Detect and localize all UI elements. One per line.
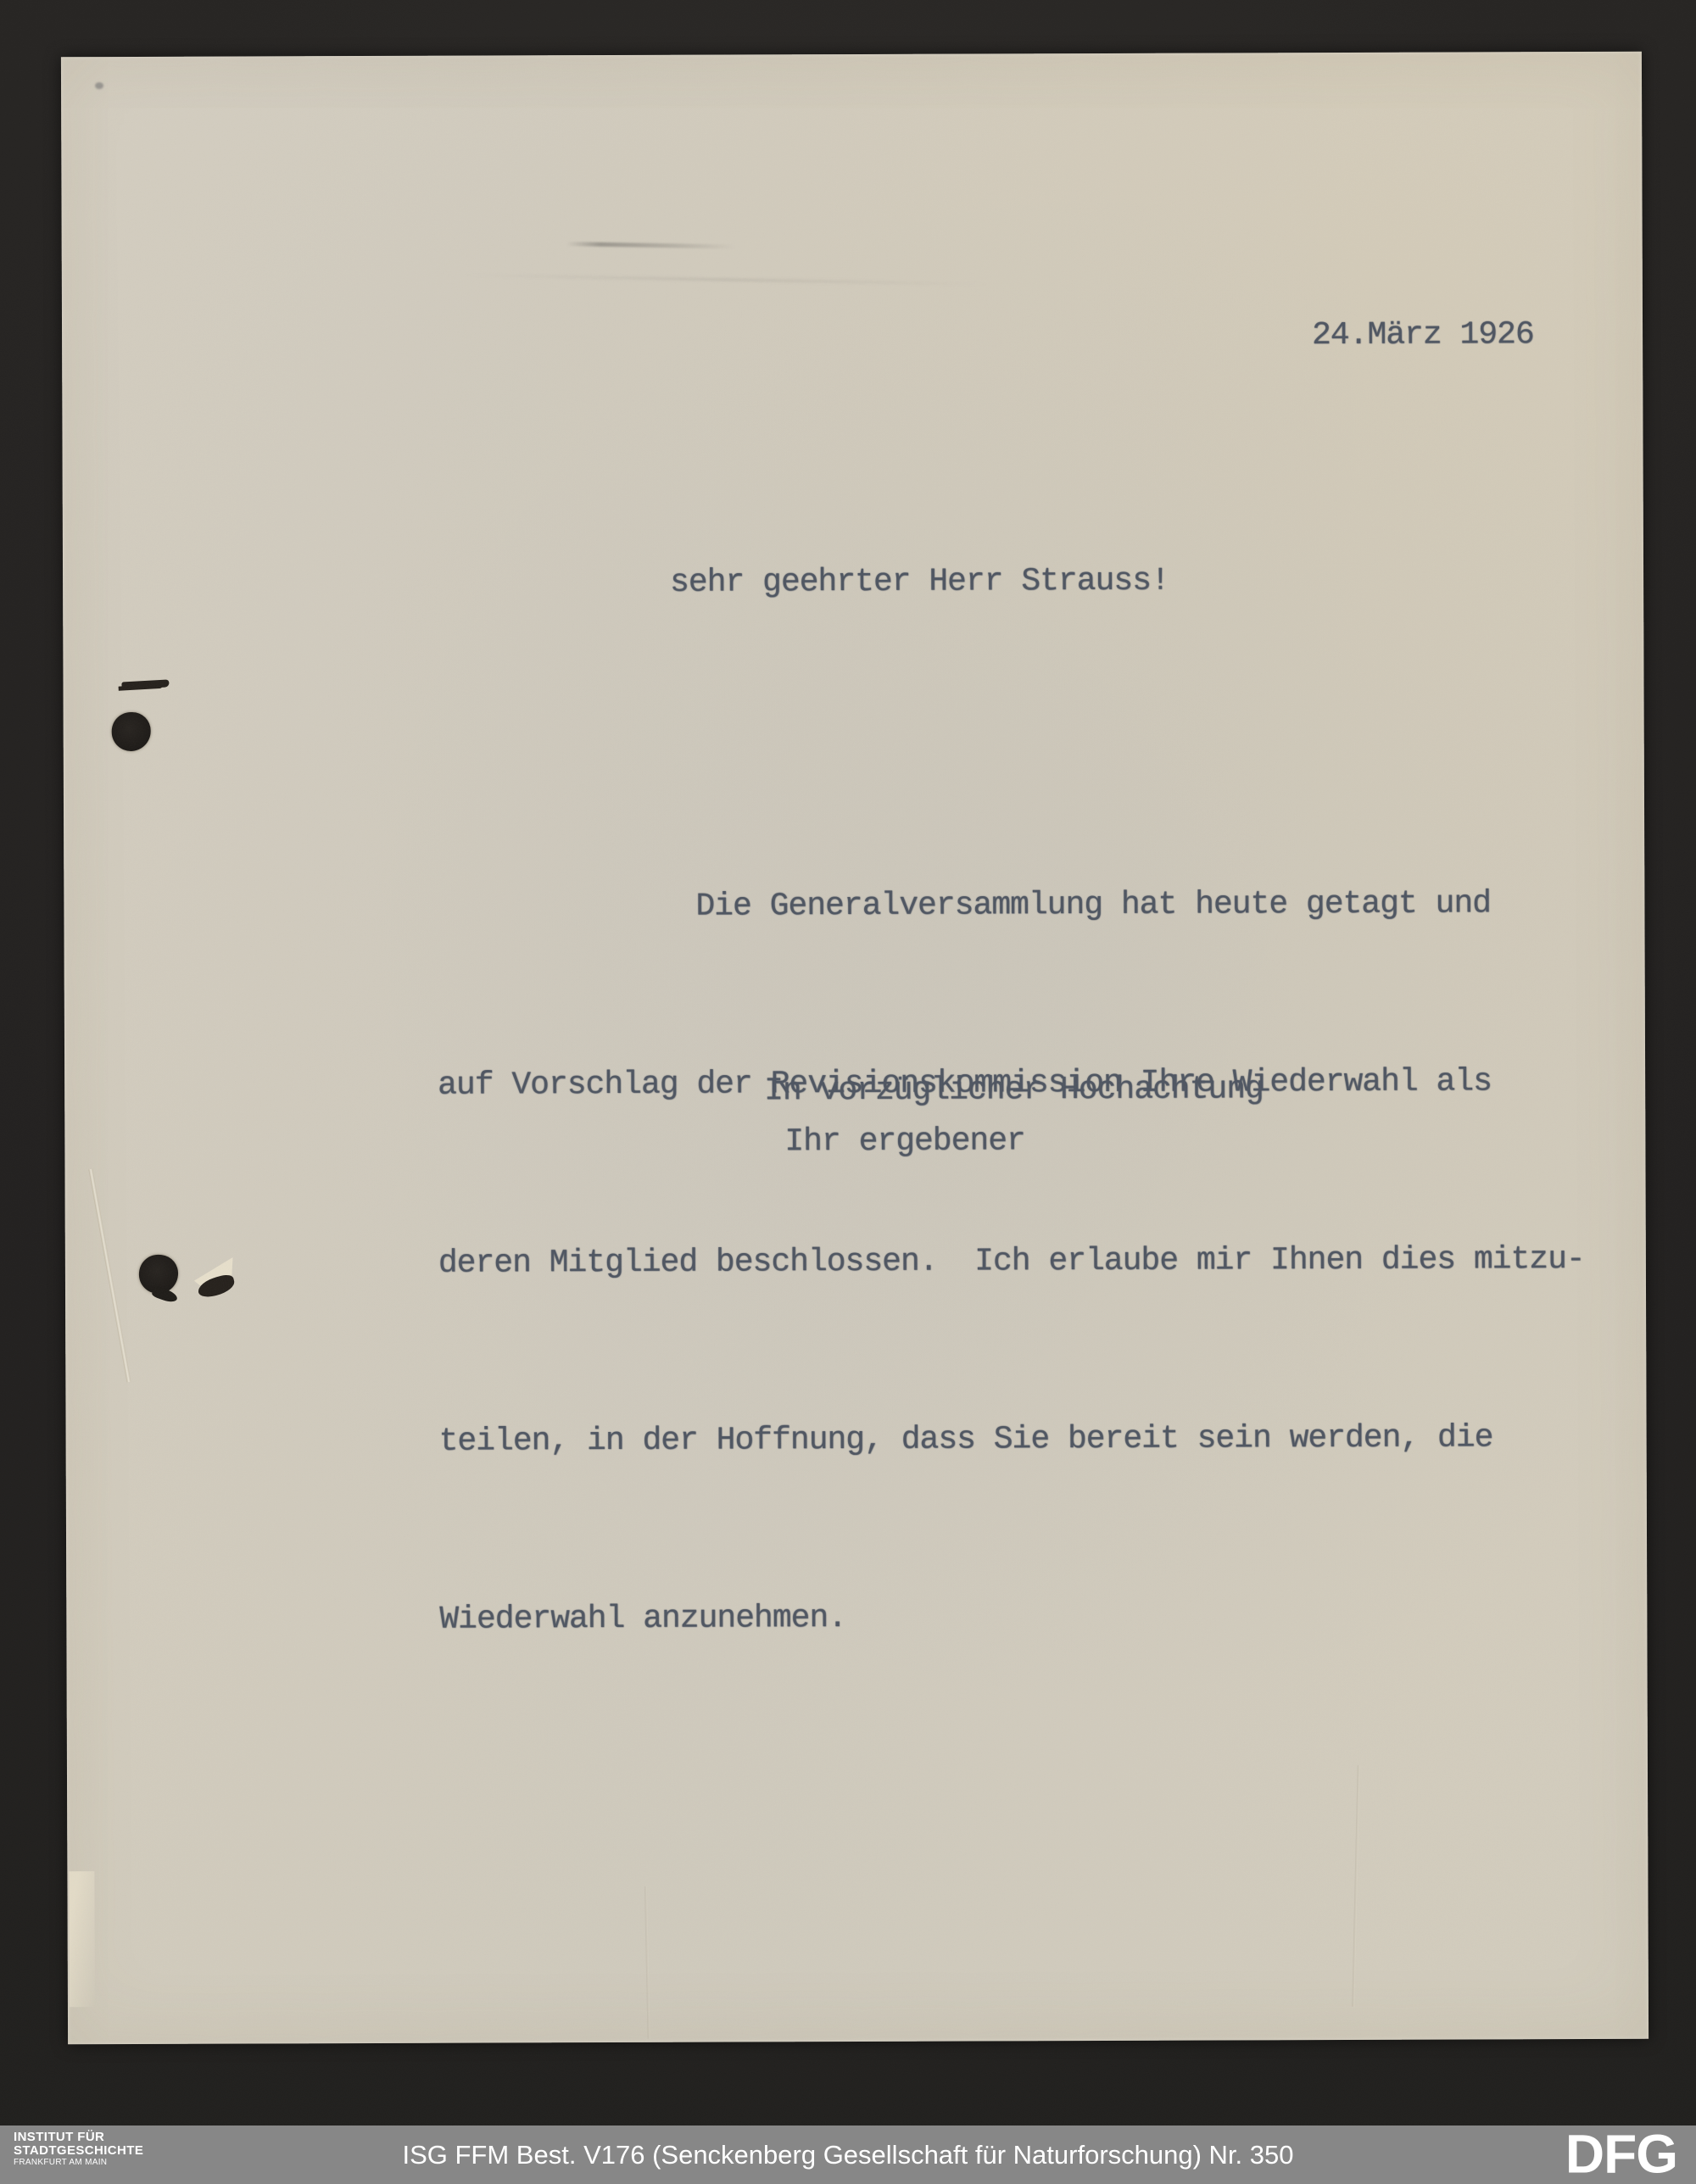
paper-edge-fold bbox=[69, 1871, 95, 2007]
body-line: teilen, in der Hoffnung, dass Sie bereit… bbox=[438, 1408, 1585, 1472]
pencil-smudge bbox=[566, 242, 736, 248]
institute-logo-line2: STADTGESCHICHTE bbox=[14, 2144, 143, 2158]
paper-tear-top bbox=[121, 679, 169, 689]
institute-logo-line1: INSTITUT FÜR bbox=[14, 2131, 143, 2144]
hole-punch-top bbox=[112, 712, 151, 751]
body-line: deren Mitglied beschlossen. Ich erlaube … bbox=[438, 1230, 1585, 1294]
hole-punch-bottom bbox=[137, 1253, 180, 1295]
paper-crease-vertical-right bbox=[1352, 1765, 1359, 2007]
letter-body-paragraph: Die Generalversammlung hat heute getagt … bbox=[437, 755, 1587, 1769]
archive-footer-bar: INSTITUT FÜR STADTGESCHICHTE FRANKFURT A… bbox=[0, 2125, 1696, 2184]
body-line: Die Generalversammlung hat heute getagt … bbox=[437, 874, 1583, 938]
letter-closing-formula: In vorzüglicher Hochachtung bbox=[764, 1070, 1264, 1111]
archive-reference-caption: ISG FFM Best. V176 (Senckenberg Gesellsc… bbox=[402, 2140, 1293, 2170]
institute-logo-line3: FRANKFURT AM MAIN bbox=[14, 2159, 143, 2168]
institute-logo: INSTITUT FÜR STADTGESCHICHTE FRANKFURT A… bbox=[14, 2131, 143, 2168]
paper-crease-diagonal bbox=[88, 1169, 131, 1383]
paper-speck bbox=[95, 82, 103, 89]
letter-closing-signoff: Ihr ergebener bbox=[784, 1122, 1025, 1162]
letter-salutation: sehr geehrter Herr Strauss! bbox=[670, 562, 1169, 603]
body-line: Wiederwahl anzunehmen. bbox=[439, 1586, 1586, 1650]
letter-paper-sheet: 24.März 1926 sehr geehrter Herr Strauss!… bbox=[61, 52, 1649, 2044]
paper-crease-vertical-center bbox=[644, 1886, 650, 2039]
dfg-logo: DFG bbox=[1565, 2122, 1677, 2184]
letter-date: 24.März 1926 bbox=[1312, 316, 1534, 354]
